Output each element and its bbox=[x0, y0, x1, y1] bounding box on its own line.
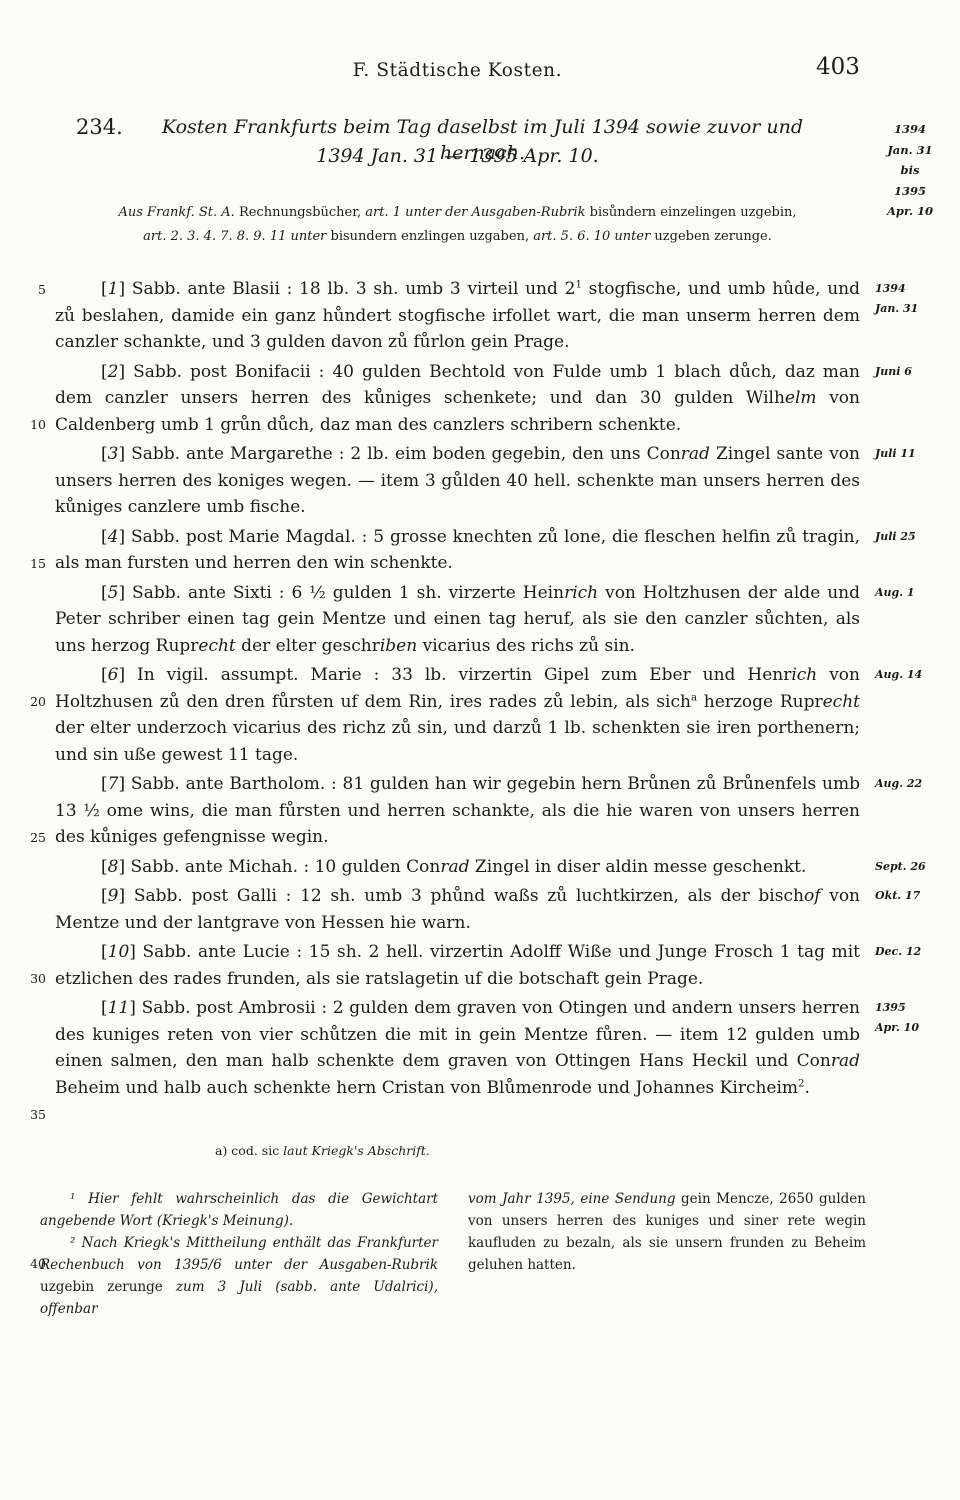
entry-paragraph: [1] Sabb. ante Blasii : 18 lb. 3 sh. umb… bbox=[55, 276, 860, 356]
entry-paragraph: [4] Sabb. post Marie Magdal. : 5 grosse … bbox=[55, 524, 860, 577]
margin-note: Aug. 14 bbox=[875, 665, 960, 685]
page-number: 403 bbox=[816, 54, 860, 80]
line-number: 15 bbox=[12, 556, 46, 571]
margin-note: Juli 25 bbox=[875, 527, 960, 547]
margin-note: 1395Apr. 10 bbox=[875, 998, 960, 1038]
paragraph-text: [11] Sabb. post Ambrosii : 2 gulden dem … bbox=[55, 998, 860, 1098]
entry-paragraph: [2] Sabb. post Bonifacii : 40 gulden Bec… bbox=[55, 359, 860, 439]
line-number: 5 bbox=[12, 282, 46, 297]
source-note: Aus Frankf. St. A. Rechnungsbücher, art.… bbox=[55, 201, 860, 248]
footnote-item: ¹ Hier fehlt wahrscheinlich das die Gewi… bbox=[40, 1188, 438, 1232]
margin-note: Juli 11 bbox=[875, 444, 960, 464]
margin-note: Aug. 22 bbox=[875, 774, 960, 794]
entry-paragraph: [10] Sabb. ante Lucie : 15 sh. 2 hell. v… bbox=[55, 939, 860, 992]
entry-margin-dates: 1394Jan. 31bis1395Apr. 10 bbox=[868, 119, 952, 222]
paragraph-text: [4] Sabb. post Marie Magdal. : 5 grosse … bbox=[55, 527, 860, 574]
paragraph-text: [8] Sabb. ante Michah. : 10 gulden Conra… bbox=[101, 857, 806, 877]
paragraph-text: [7] Sabb. ante Bartholom. : 81 gulden ha… bbox=[55, 774, 860, 847]
margin-note: Sept. 26 bbox=[875, 857, 960, 877]
entry-paragraph: [11] Sabb. post Ambrosii : 2 gulden dem … bbox=[55, 995, 860, 1101]
margin-note: Aug. 1 bbox=[875, 583, 960, 603]
margin-note: Okt. 17 bbox=[875, 886, 960, 906]
margin-note: 1394Jan. 31 bbox=[875, 279, 960, 319]
footnote-a: a) cod. sic laut Kriegk's Abschrift. bbox=[215, 1143, 430, 1158]
entry-paragraph: [9] Sabb. post Galli : 12 sh. umb 3 phůn… bbox=[55, 883, 860, 936]
footnote-item: ² Nach Kriegk's Mittheilung enthält das … bbox=[40, 1232, 438, 1320]
margin-note: Dec. 12 bbox=[875, 942, 960, 962]
entry-paragraph: [5] Sabb. ante Sixti : 6 ½ gulden 1 sh. … bbox=[55, 580, 860, 660]
paragraph-text: [9] Sabb. post Galli : 12 sh. umb 3 phůn… bbox=[55, 886, 860, 933]
entry-number: 234. bbox=[76, 115, 123, 139]
line-number: 35 bbox=[12, 1107, 46, 1122]
page-root: F. Städtische Kosten. 403 234. Kosten Fr… bbox=[0, 0, 960, 1500]
source-note-line-1: Aus Frankf. St. A. Rechnungsbücher, art.… bbox=[55, 201, 860, 225]
paragraph-text: [6] In vigil. assumpt. Marie : 33 lb. vi… bbox=[55, 665, 860, 765]
paragraph-text: [3] Sabb. ante Margarethe : 2 lb. eim bo… bbox=[55, 444, 860, 517]
footnote-item: vom Jahr 1395, eine Sendung gein Mencze,… bbox=[468, 1188, 866, 1276]
footnotes-section: ¹ Hier fehlt wahrscheinlich das die Gewi… bbox=[40, 1188, 866, 1320]
footnotes-right-column: vom Jahr 1395, eine Sendung gein Mencze,… bbox=[468, 1188, 866, 1320]
line-number: 20 bbox=[12, 694, 46, 709]
entry-paragraph: [6] In vigil. assumpt. Marie : 33 lb. vi… bbox=[55, 662, 860, 768]
footnotes-left-column: ¹ Hier fehlt wahrscheinlich das die Gewi… bbox=[40, 1188, 438, 1320]
source-note-line-2: art. 2. 3. 4. 7. 8. 9. 11 unter bisunder… bbox=[55, 225, 860, 249]
entry-paragraph: [3] Sabb. ante Margarethe : 2 lb. eim bo… bbox=[55, 441, 860, 521]
paragraph-text: [1] Sabb. ante Blasii : 18 lb. 3 sh. umb… bbox=[55, 279, 860, 352]
paragraph-text: [2] Sabb. post Bonifacii : 40 gulden Bec… bbox=[55, 362, 860, 435]
line-number: 25 bbox=[12, 830, 46, 845]
margin-note: Juni 6 bbox=[875, 362, 960, 382]
entry-paragraph: [7] Sabb. ante Bartholom. : 81 gulden ha… bbox=[55, 771, 860, 851]
line-number: 30 bbox=[12, 971, 46, 986]
paragraph-text: [10] Sabb. ante Lucie : 15 sh. 2 hell. v… bbox=[55, 942, 860, 989]
body-text: [1] Sabb. ante Blasii : 18 lb. 3 sh. umb… bbox=[55, 276, 860, 1101]
paragraph-text: [5] Sabb. ante Sixti : 6 ½ gulden 1 sh. … bbox=[55, 583, 860, 656]
entry-paragraph: [8] Sabb. ante Michah. : 10 gulden Conra… bbox=[55, 854, 860, 881]
line-number: 10 bbox=[12, 417, 46, 432]
entry-date-line: 1394 Jan. 31 — 1395 Apr. 10. bbox=[55, 145, 860, 167]
running-head: F. Städtische Kosten. bbox=[55, 60, 860, 81]
